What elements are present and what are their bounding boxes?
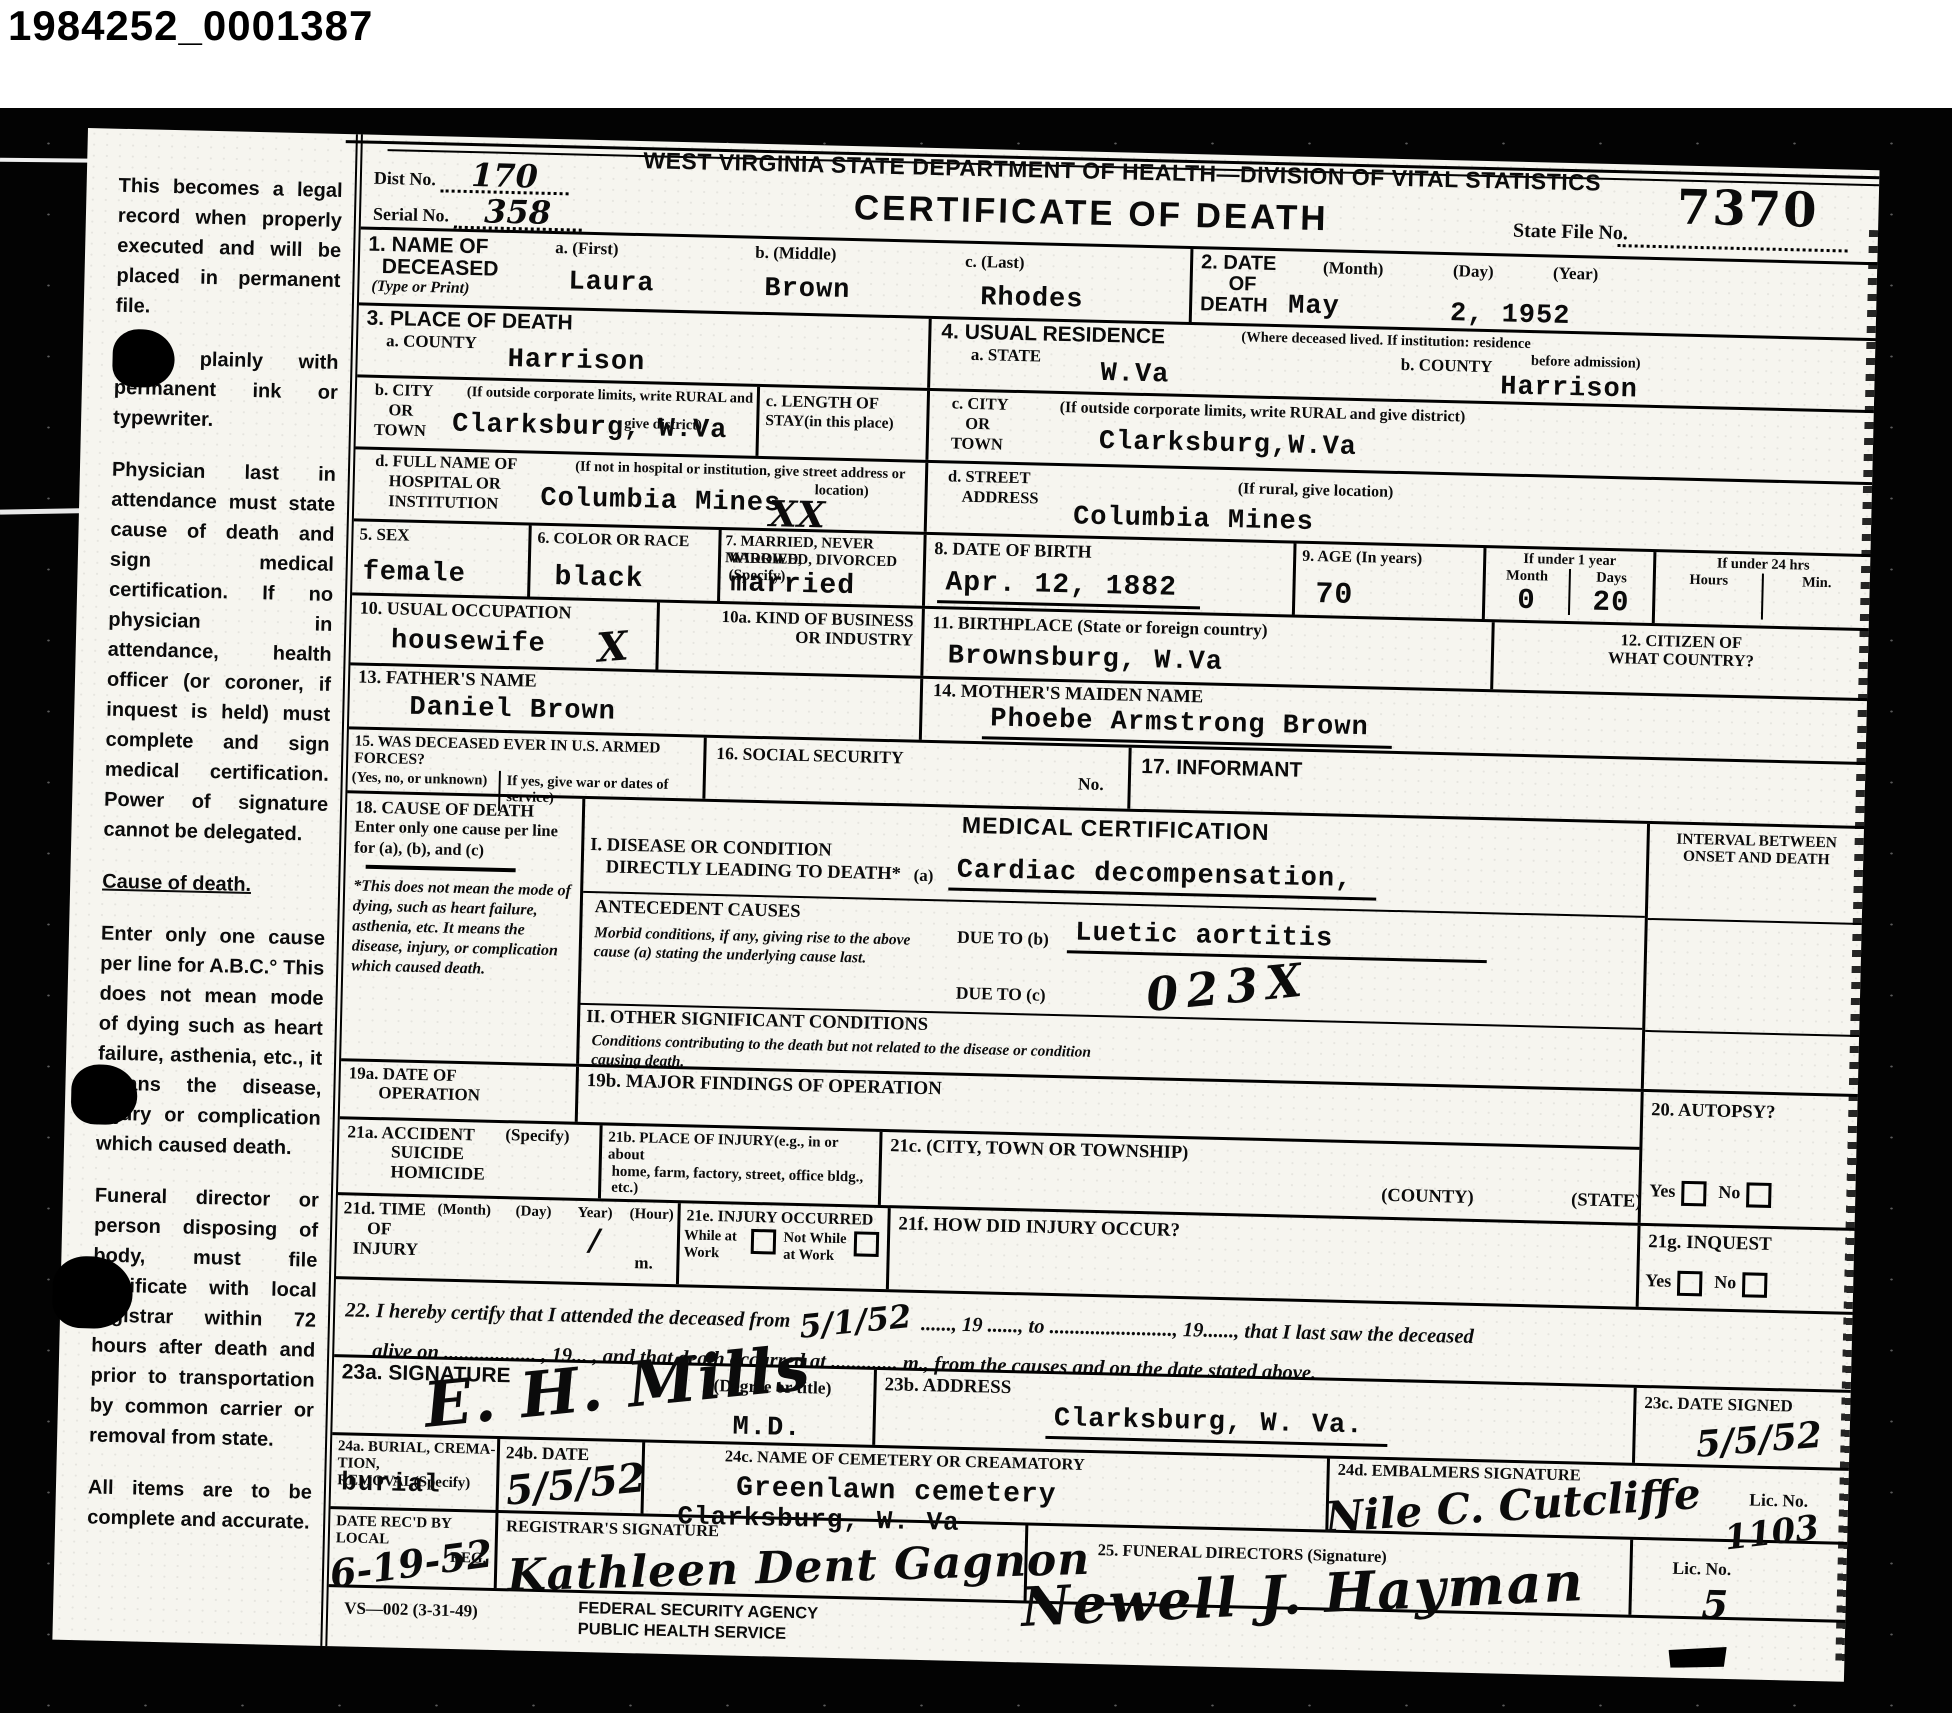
stamp-mark xyxy=(1668,1646,1727,1669)
sidebar-paragraph: This becomes a legal record when properl… xyxy=(115,171,342,326)
value-age: 70 xyxy=(1315,578,1354,613)
value-burial-type: burial xyxy=(341,1467,441,1499)
field-injury-occurred: 21e. INJURY OCCURRED While at Work Not W… xyxy=(676,1203,888,1289)
field-cemetery: 24c. NAME OF CEMETERY OR CREAMATORY Gree… xyxy=(641,1442,1327,1529)
field-time-of-injury: 21d. TIME OF INJURY (Month) (Day) Year) … xyxy=(336,1195,678,1284)
field-date-of-birth: 8. DATE OF BIRTH Apr. 12, 1882 xyxy=(922,535,1294,615)
divider-rule xyxy=(366,864,516,872)
field-burial-date: 24b. DATE 5/5/52 xyxy=(496,1439,643,1513)
serial-no-field: Serial No. 358 xyxy=(373,195,582,232)
field-operation-date: 19a. DATE OF OPERATION xyxy=(340,1061,576,1122)
field-cause-of-death-notes: 18. CAUSE OF DEATH Enter only one cause … xyxy=(341,793,582,1063)
field-date-signed: 23c. DATE SIGNED 5/5/52 xyxy=(1632,1388,1851,1468)
field-age: 9. AGE (In years) 70 xyxy=(1292,544,1484,619)
field-middle-name: b. (Middle) Brown xyxy=(744,239,956,317)
inquest-yes-no: Yes No xyxy=(1645,1270,1776,1298)
value-residence-state: W.Va xyxy=(1100,359,1170,391)
field-age-under-1-year: If under 1 year Month 0 Days 20 xyxy=(1482,548,1654,623)
scanner-background: This becomes a legal record when properl… xyxy=(0,108,1952,1713)
field-inquest: 21g. INQUEST Yes No xyxy=(1636,1226,1855,1312)
field-business: 10a. KIND OF BUSINESS OR INDUSTRY xyxy=(655,603,922,676)
field-registrar-signature: REGISTRAR'S SIGNATURE Kathleen Dent Gagn… xyxy=(494,1513,1026,1600)
field-physician-signature: 23a. SIGNATURE E. H. Mills (Degree or ti… xyxy=(332,1357,874,1445)
sidebar-paragraph: Enter only one cause per line for A.B.C.… xyxy=(96,919,326,1164)
injury-time-mark: / xyxy=(589,1223,601,1258)
field-date-received: DATE REC'D BY LOCAL REG. 6-19-52 xyxy=(329,1509,496,1588)
value-physician-address: Clarksburg, W. Va. xyxy=(1045,1404,1387,1447)
value-street-address: Columbia Mines xyxy=(1073,502,1314,538)
autopsy-yes-checkbox xyxy=(1681,1181,1707,1207)
certify-text: 22. I hereby certify that I attended the… xyxy=(345,1299,791,1331)
certificate-title: CERTIFICATE OF DEATH xyxy=(641,183,1542,244)
serial-no-value: 358 xyxy=(453,197,582,232)
value-date-of-birth: Apr. 12, 1882 xyxy=(937,567,1201,609)
field-name-label: 1. NAME OF DECEASED (Type or Print) xyxy=(359,229,546,306)
value-residence-county: Harrison xyxy=(1500,372,1638,405)
value-date-signed: 5/5/52 xyxy=(1694,1414,1823,1466)
autopsy-no-checkbox xyxy=(1746,1182,1772,1208)
value-death-day-year: 2, 1952 xyxy=(1450,299,1571,332)
value-death-month: May xyxy=(1288,291,1340,322)
value-occupation-mark: X xyxy=(595,622,630,671)
sidebar-paragraph: Funeral director or person disposing of … xyxy=(89,1180,319,1455)
field-age-under-24-hrs: If under 24 hrs Hours Min. xyxy=(1652,552,1871,628)
sidebar-heading-cause-of-death: Cause of death. xyxy=(102,867,327,902)
form-number: VS—002 (3-31-49) xyxy=(344,1599,478,1621)
value-burial-date: 5/5/52 xyxy=(503,1454,647,1515)
certificate-form: Dist No. 170 Serial No. 358 WEST VIRGINI… xyxy=(320,134,1879,1681)
field-armed-forces: 15. WAS DECEASED EVER IN U.S. ARMED FORC… xyxy=(347,729,703,798)
field-funeral-director: 25. FUNERAL DIRECTORS (Signature) Newell… xyxy=(1024,1525,1631,1614)
field-first-name: a. (First) Laura xyxy=(544,234,746,312)
field-sex: 5. SEX female xyxy=(352,521,529,596)
while-at-work-checkbox xyxy=(751,1229,776,1255)
interval-line xyxy=(1648,918,1862,925)
serial-no-label: Serial No. xyxy=(373,204,449,226)
value-last-name: Rhodes xyxy=(980,283,1190,318)
field-accident-suicide: 21a. ACCIDENT SUICIDE HOMICIDE (Specify) xyxy=(338,1119,600,1198)
death-certificate: This becomes a legal record when properl… xyxy=(52,128,1879,1682)
interval-line xyxy=(1645,1030,1859,1037)
medical-certification-block: 18. CAUSE OF DEATH Enter only one cause … xyxy=(341,790,1864,1094)
value-hospital: Columbia Mines xyxy=(540,484,781,520)
value-cause-c: 023X xyxy=(1144,952,1312,1022)
value-birthplace: Brownsburg, W.Va xyxy=(947,641,1223,677)
value-residence-city: Clarksburg,W.Va xyxy=(1099,427,1358,463)
value-degree: M.D. xyxy=(732,1413,802,1445)
field-embalmer-signature: 24d. EMBALMERS SIGNATURE Lic. No. Nile C… xyxy=(1325,1459,1849,1542)
field-place-of-injury: 21b. PLACE OF INJURY(e.g., in or about h… xyxy=(598,1125,880,1205)
value-death-county: Harrison xyxy=(507,345,645,378)
field-race: 6. COLOR OR RACE black xyxy=(527,525,719,600)
value-sex: female xyxy=(362,558,466,590)
field-last-name: c. (Last) Rhodes xyxy=(954,243,1191,322)
value-days: 20 xyxy=(1569,585,1652,620)
value-middle-name: Brown xyxy=(764,274,955,308)
autopsy-yes-no: Yes No xyxy=(1649,1180,1780,1208)
certify-text: ......, 19 ......, to ..................… xyxy=(921,1313,1474,1348)
value-registrar-signature: Kathleen Dent Gagnon xyxy=(507,1534,1091,1602)
field-autopsy: 20. AUTOPSY? Yes No xyxy=(1638,1092,1858,1228)
inquest-yes-checkbox xyxy=(1677,1271,1703,1297)
value-occupation: housewife xyxy=(391,626,546,660)
field-occupation: 10. USUAL OCCUPATION housewife X xyxy=(350,595,656,669)
value-death-city: Clarksburg, W.Va xyxy=(452,410,728,446)
not-while-at-work-checkbox xyxy=(854,1231,879,1257)
value-first-name: Laura xyxy=(568,267,745,301)
state-file-rule xyxy=(1618,244,1848,252)
value-marital: married xyxy=(730,568,855,602)
value-months: 0 xyxy=(1485,583,1568,618)
value-race: black xyxy=(554,562,644,595)
interval-column: INTERVAL BETWEEN ONSET AND DEATH xyxy=(1641,824,1864,1094)
inquest-no-checkbox xyxy=(1742,1272,1768,1298)
instructions-sidebar: This becomes a legal record when properl… xyxy=(52,128,356,1646)
value-attended-from: 5/1/52 xyxy=(797,1292,914,1352)
state-file-label: State File No. xyxy=(1513,220,1628,245)
field-citizen: 12. CITIZEN OF WHAT COUNTRY? xyxy=(1490,622,1868,698)
field-burial-type: 24a. BURIAL, CREMA- TION, REMOVAL(Specif… xyxy=(331,1435,498,1510)
sidebar-paragraph: Physician last in attendance must state … xyxy=(103,455,336,850)
field-ssn: 16. SOCIAL SECURITY No. xyxy=(702,738,1128,809)
state-file-number: 7370 xyxy=(1676,179,1819,238)
dist-no-label: Dist No. xyxy=(374,168,436,189)
field-marital-status: 7. MARRIED, NEVER MARRIED, WIDOWED, DIVO… xyxy=(717,530,924,606)
medical-certification-center: MEDICAL CERTIFICATION I. DISEASE OR COND… xyxy=(576,799,1647,1089)
value-father-name: Daniel Brown xyxy=(409,693,616,728)
value-cause-a: Cardiac decompensation, xyxy=(948,855,1376,900)
sidebar-paragraph: All items are to be complete and accurat… xyxy=(87,1472,312,1537)
field-length-of-stay: c. LENGTH OF STAY(in this place) xyxy=(755,387,927,460)
field-death-city: b. CITY OR TOWN (If outside corporate li… xyxy=(356,377,758,455)
scan-id: 1984252_0001387 xyxy=(8,2,373,50)
